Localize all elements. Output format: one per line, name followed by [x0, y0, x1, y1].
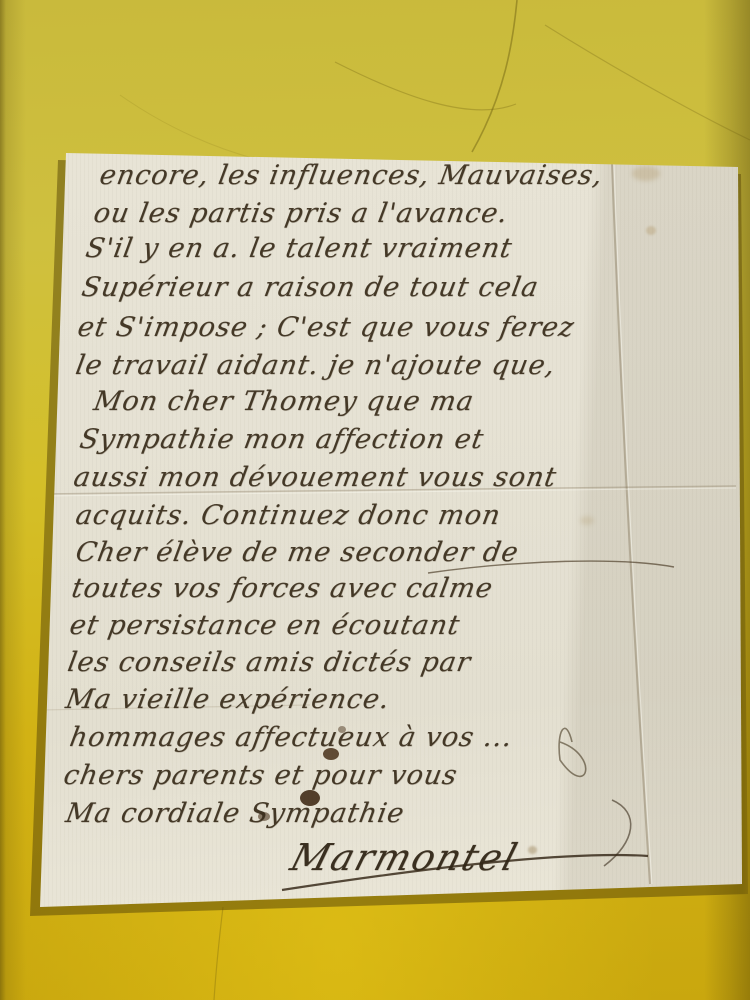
photo-background: encore, les influences, Mauvaises, ou le… [0, 0, 750, 1000]
handwriting-line: hommages affectueux à vos ... [67, 722, 515, 753]
handwriting-line: et persistance en écoutant [67, 610, 462, 641]
handwriting-line: aussi mon dévouement vous sont [71, 462, 559, 493]
foxing-stain [632, 166, 660, 181]
letter-paper: encore, les influences, Mauvaises, ou le… [0, 0, 750, 1000]
foxing-stain [580, 516, 594, 525]
handwriting-line: Ma cordiale Sympathie [63, 798, 407, 829]
handwriting-line: Supérieur a raison de tout cela [79, 272, 541, 303]
handwriting-line: chers parents et pour vous [61, 760, 460, 791]
handwriting-line: toutes vos forces avec calme [69, 573, 495, 604]
handwriting-line: les conseils amis dictés par [65, 647, 473, 678]
handwriting-line: encore, les influences, Mauvaises, [97, 160, 605, 191]
handwriting-line: Cher élève de me seconder de [73, 537, 521, 568]
handwriting-line: et S'impose ; C'est que vous ferez [75, 312, 577, 343]
handwriting-line: S'il y en a. le talent vraiment [83, 233, 515, 264]
handwriting-line: ou les partis pris a l'avance. [91, 198, 510, 229]
foxing-stain [528, 846, 537, 854]
handwriting-line: Mon cher Thomey que ma [91, 386, 476, 417]
handwriting-line: Ma vieille expérience. [63, 684, 392, 715]
handwriting-line: acquits. Continuez donc mon [73, 500, 503, 531]
handwriting-line: le travail aidant. je n'ajoute que, [73, 350, 558, 381]
signature: Marmontel [286, 836, 524, 879]
foxing-stain [646, 226, 656, 235]
handwriting-line: Sympathie mon affection et [77, 424, 486, 455]
